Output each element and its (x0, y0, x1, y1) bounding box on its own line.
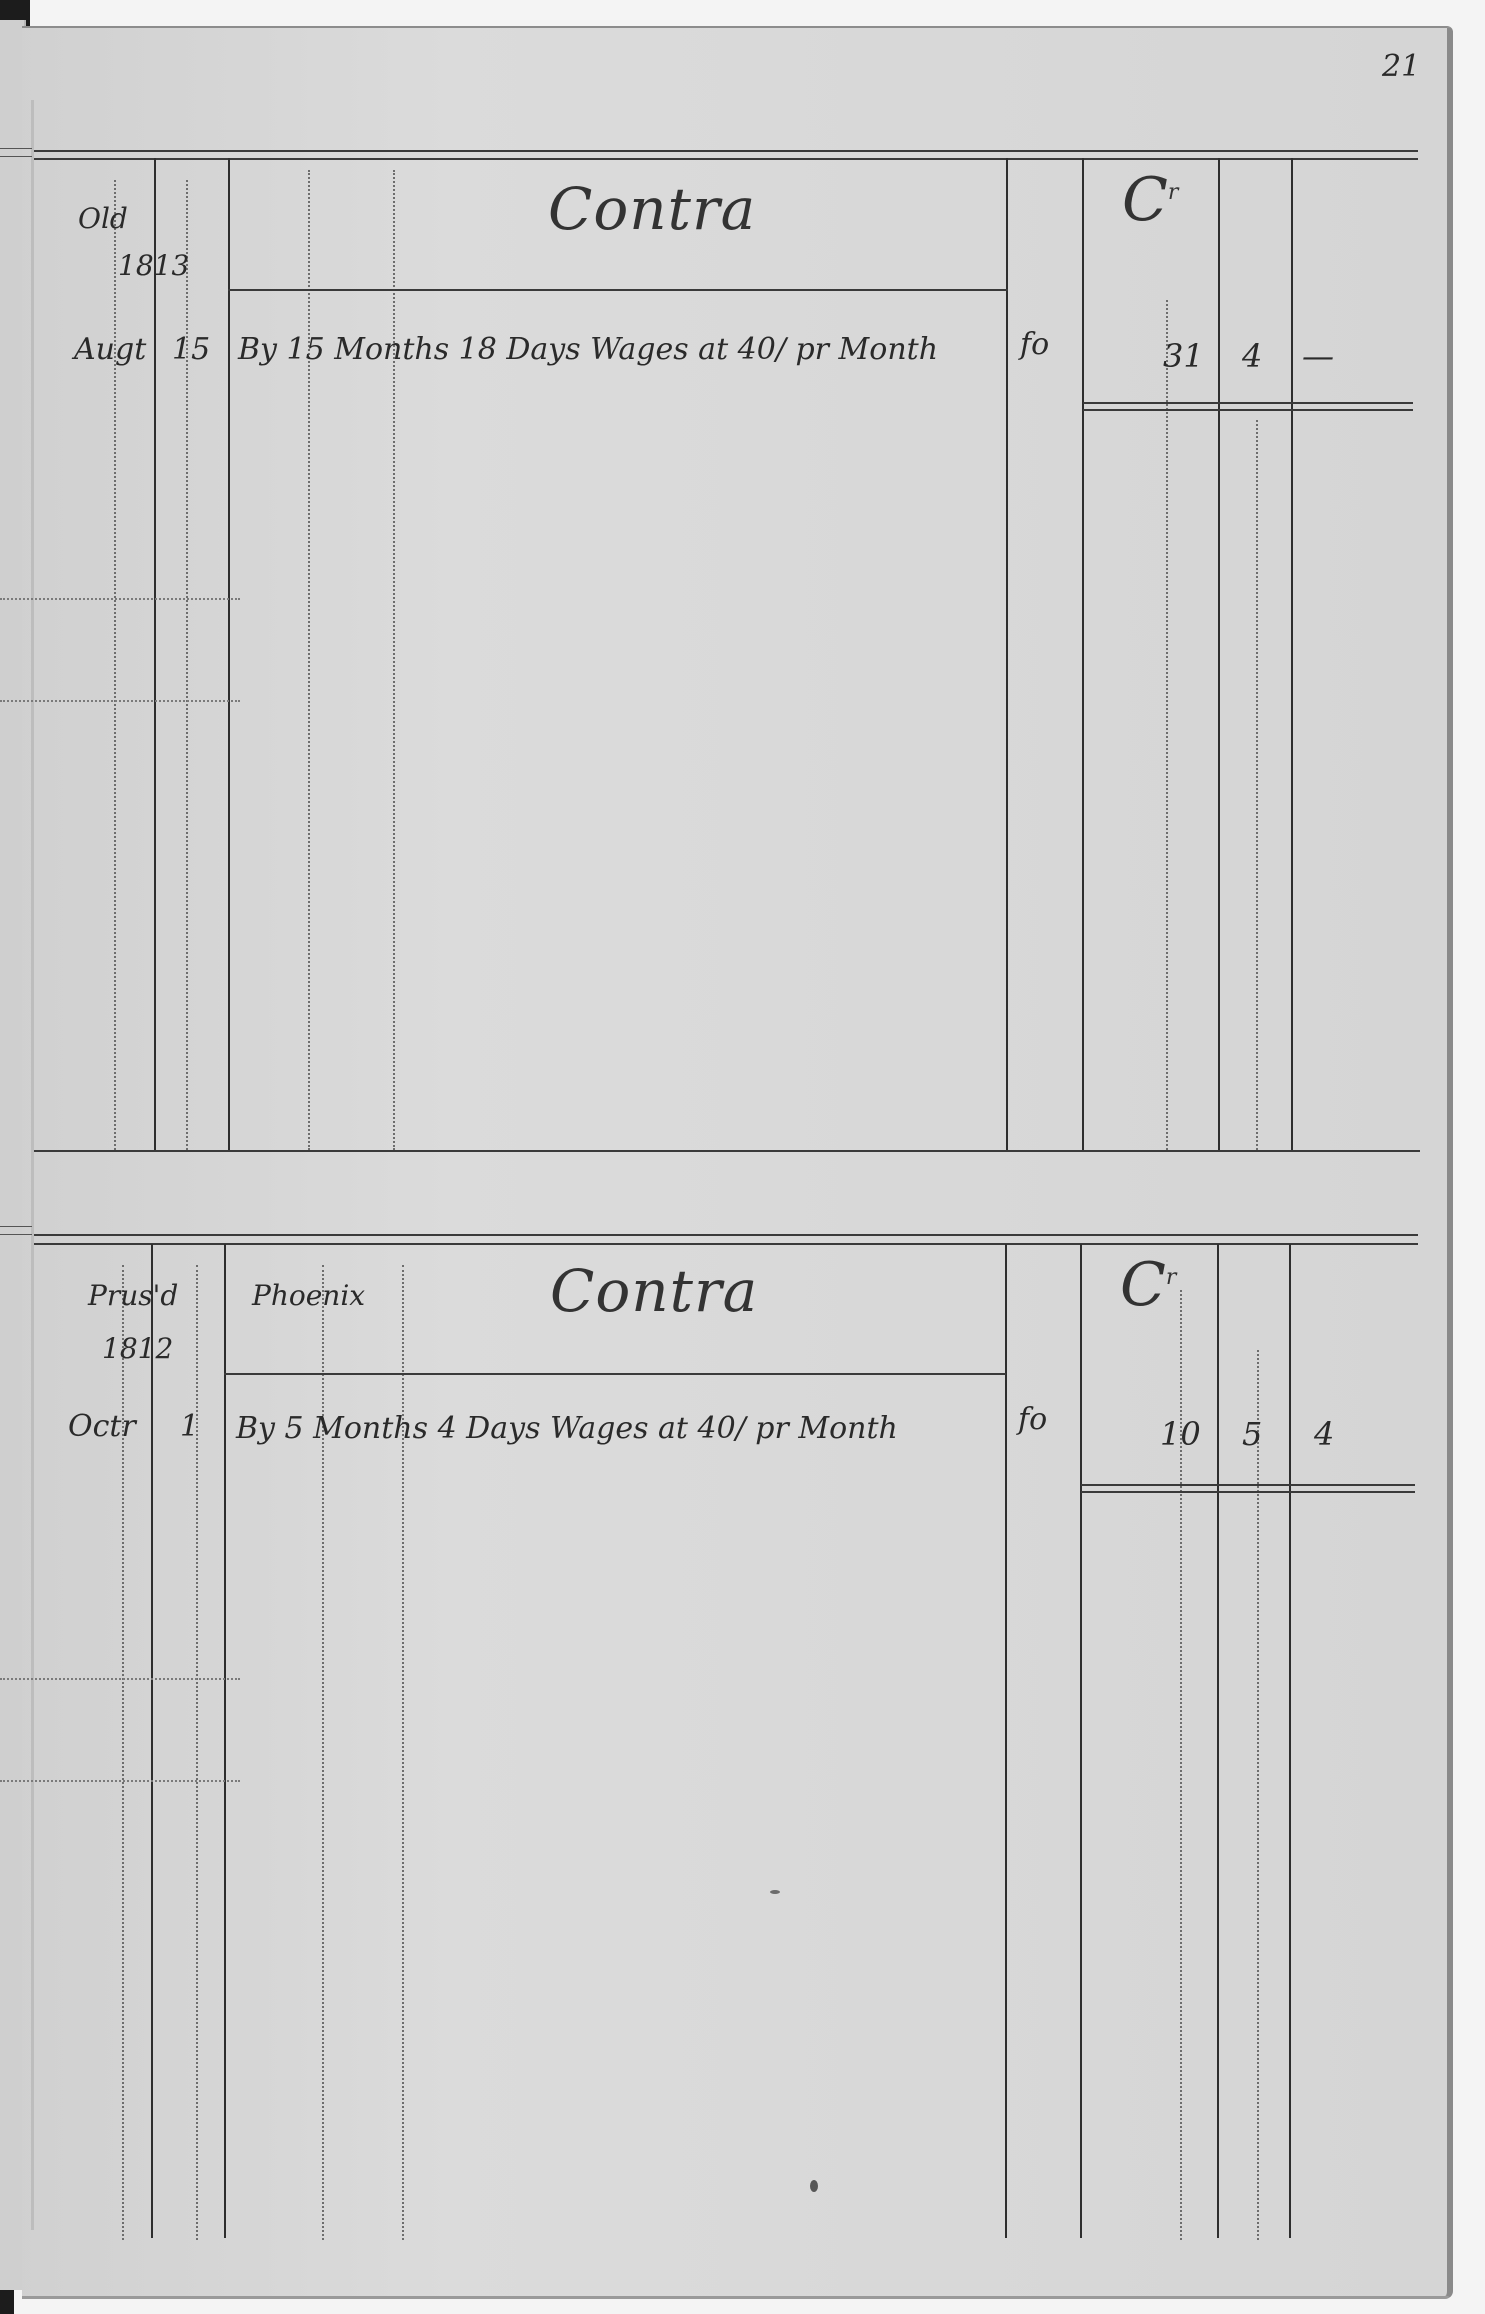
entry-month: Augt (74, 335, 146, 365)
entry-description: By 5 Months 4 Days Wages at 40/ pr Month (236, 1414, 898, 1444)
contra-heading: Contra (550, 1262, 758, 1320)
entry-day: 1 (180, 1412, 199, 1442)
binding-fold (31, 100, 34, 2230)
credit-heading: Cr (1122, 170, 1178, 230)
entry-folio: fo (1018, 1405, 1047, 1435)
pence-column-rule-left (1289, 1244, 1291, 2238)
credit-heading-letter: C (1120, 1250, 1166, 1320)
contra-heading: Contra (548, 180, 756, 238)
guide-line-h (0, 700, 240, 702)
credit-heading-superscript: r (1168, 180, 1179, 205)
entry-shillings: 4 (1242, 340, 1262, 372)
shillings-column-rule-left (1217, 1244, 1219, 2238)
lower-rule-stub-2 (0, 1234, 32, 1235)
upper-top-rule-2 (34, 158, 1418, 160)
margin-label: Old (78, 205, 128, 233)
guide-line (1256, 420, 1258, 1150)
shillings-column-rule-left (1218, 158, 1220, 1151)
lower-top-rule (34, 1234, 1418, 1236)
pence-column-rule-left (1291, 158, 1293, 1151)
margin-label: Prus'd (88, 1282, 178, 1310)
entry-month: Octr (68, 1412, 136, 1442)
guide-line-h (0, 1780, 240, 1782)
entry-pounds: 31 (1163, 340, 1204, 372)
credit-heading-superscript: r (1166, 1265, 1177, 1290)
pounds-column-rule-left (1080, 1244, 1082, 2238)
amount-rule-2 (1083, 409, 1413, 411)
guide-line (114, 180, 116, 1150)
entry-shillings: 5 (1242, 1418, 1262, 1450)
upper-rule-stub-2 (0, 156, 32, 157)
guide-line (393, 170, 395, 1150)
contra-header-divider (224, 1373, 1006, 1375)
upper-top-rule (34, 150, 1418, 152)
date-column-rule (154, 158, 156, 1151)
year-label: 1813 (118, 252, 189, 280)
guide-line (186, 180, 188, 1150)
day-column-rule (224, 1244, 226, 2238)
lower-rule-stub (0, 1226, 32, 1227)
ship-name: Phoenix (252, 1282, 365, 1310)
ink-spot (770, 1890, 780, 1894)
entry-description: By 15 Months 18 Days Wages at 40/ pr Mon… (238, 335, 938, 365)
contra-header-divider (228, 289, 1008, 291)
amount-rule (1083, 402, 1413, 404)
amount-rule (1081, 1484, 1415, 1486)
entry-pounds: 10 (1160, 1418, 1201, 1450)
folio-column-rule-left (1006, 158, 1008, 1151)
amount-rule-2 (1081, 1491, 1415, 1493)
entry-folio: fo (1020, 330, 1049, 360)
day-column-rule (228, 158, 230, 1151)
page-number: 21 (1382, 52, 1420, 82)
guide-line (308, 170, 310, 1150)
lower-top-rule-2 (34, 1243, 1418, 1245)
credit-heading-letter: C (1122, 165, 1168, 235)
guide-line (1166, 300, 1168, 1150)
entry-day: 15 (172, 335, 210, 365)
pounds-column-rule-left (1082, 158, 1084, 1151)
entry-pence: — (1302, 340, 1334, 372)
year-label: 1812 (102, 1335, 173, 1363)
credit-heading: Cr (1120, 1255, 1176, 1315)
ink-spot (810, 2180, 818, 2192)
upper-bottom-rule (34, 1150, 1420, 1152)
guide-line-h (0, 1678, 240, 1680)
date-column-rule (151, 1244, 153, 2238)
folio-column-rule-left (1005, 1244, 1007, 2238)
upper-rule-stub (0, 148, 32, 149)
guide-line-h (0, 598, 240, 600)
entry-pence: 4 (1314, 1418, 1334, 1450)
